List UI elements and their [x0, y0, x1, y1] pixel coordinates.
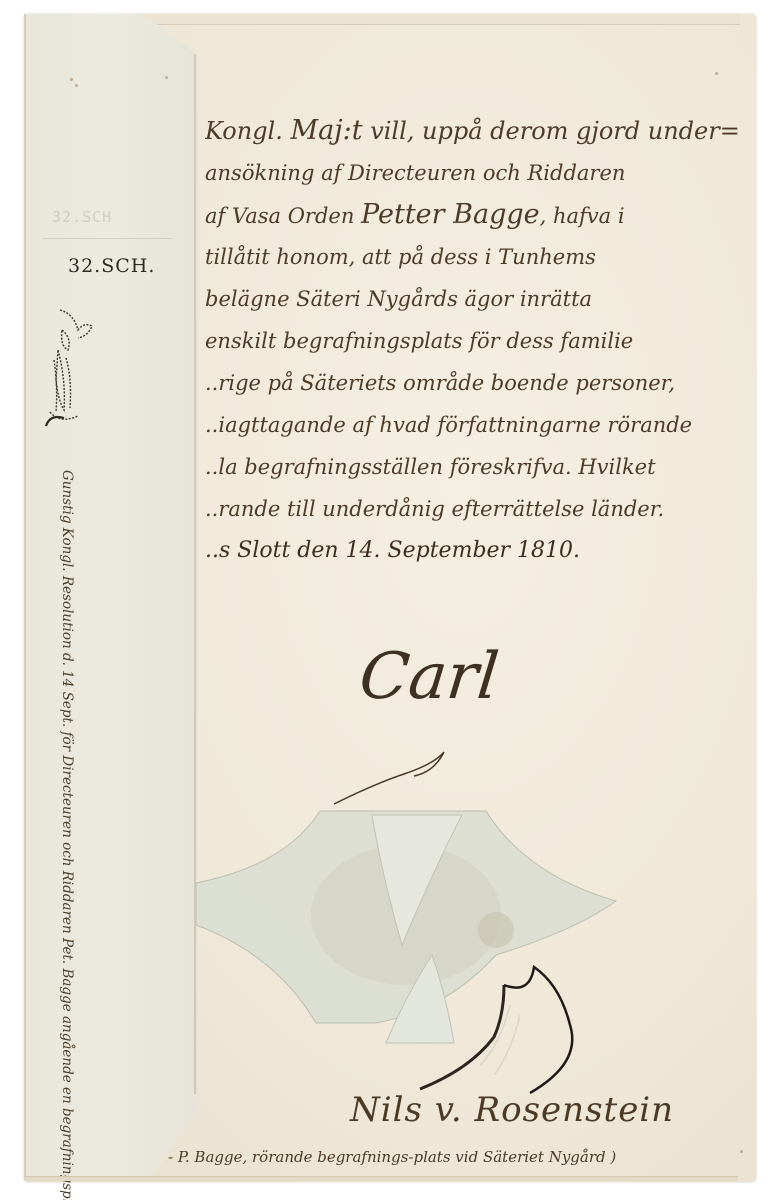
endorsement-note: - P. Bagge, rörande begrafnings-plats vi…: [168, 1148, 616, 1166]
foxing-speck: [715, 72, 718, 75]
foxing-speck: [75, 84, 78, 87]
signature-flourish-icon: [330, 740, 490, 810]
body-line-4: tillåtit honom, att på dess i Tunhems: [205, 236, 765, 278]
bottom-fold-edge: [24, 1176, 738, 1181]
addressee-name: Petter Bagge: [361, 199, 540, 230]
folded-flap: [24, 14, 198, 1180]
body-line-3: af Vasa Orden Petter Bagge, hafva i: [205, 194, 765, 236]
foxing-speck: [165, 76, 168, 79]
body-line-1: Kongl. Maj:t vill, uppå derom gjord unde…: [205, 110, 765, 152]
body-line-9: ..la begrafningsställen föreskrifva. Hvi…: [205, 446, 765, 488]
body-line-2: ansökning af Directeuren och Riddaren: [205, 152, 765, 194]
body-line-10: ..rande till underdånig efterrättelse lä…: [205, 488, 765, 530]
top-fold-strip: [140, 14, 740, 25]
body-line-6: enskilt begrafningsplats för dess famili…: [205, 320, 765, 362]
countersignature: Nils v. Rosenstein: [350, 1090, 674, 1130]
stamp-ghost-impression: 32.SCH: [52, 208, 112, 226]
ghost-rule: [42, 238, 172, 239]
foxing-speck: [740, 1150, 743, 1153]
royal-signature: Carl: [356, 640, 502, 714]
embossed-crown-stamp-icon: [40, 300, 104, 450]
date-line: ..s Slott den 14. September 1810.: [205, 530, 765, 572]
majesty-word: Maj:t: [291, 115, 363, 146]
foxing-speck: [70, 78, 73, 81]
stamp-paper-value: 32.SCH.: [68, 255, 155, 277]
body-line-5: belägne Säteri Nygårds ägor inrätta: [205, 278, 765, 320]
body-line-7: ..rige på Säteriets område boende person…: [205, 362, 765, 404]
side-note-summary: Gunstig Kongl. Resolution d. 14 Sept. fö…: [56, 470, 78, 1170]
body-line-8: ..iagttagande af hvad författningarne rö…: [205, 404, 765, 446]
letter-body: Kongl. Maj:t vill, uppå derom gjord unde…: [205, 110, 765, 572]
